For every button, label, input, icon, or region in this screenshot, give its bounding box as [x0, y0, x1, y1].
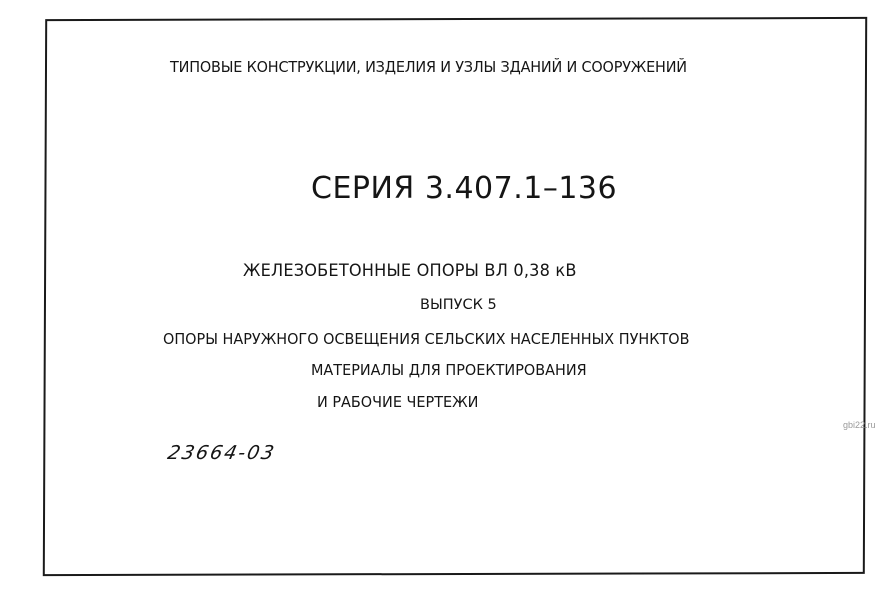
description-line-3: И РАБОЧИЕ ЧЕРТЕЖИ	[317, 393, 478, 411]
description-line-1: ОПОРЫ НАРУЖНОГО ОСВЕЩЕНИЯ СЕЛЬСКИХ НАСЕЛ…	[163, 330, 689, 348]
document-heading: ТИПОВЫЕ КОНСТРУКЦИИ, ИЗДЕЛИЯ И УЗЛЫ ЗДАН…	[170, 58, 687, 76]
inventory-code: 23664-03	[166, 442, 278, 464]
issue-number: ВЫПУСК 5	[420, 297, 497, 313]
description-line-2: МАТЕРИАЛЫ ДЛЯ ПРОЕКТИРОВАНИЯ	[311, 361, 587, 379]
watermark: gbi22.ru	[843, 420, 876, 430]
document-title: ЖЕЛЕЗОБЕТОННЫЕ ОПОРЫ ВЛ 0,38 кВ	[243, 261, 577, 281]
series-number: СЕРИЯ 3.407.1–136	[311, 171, 617, 206]
